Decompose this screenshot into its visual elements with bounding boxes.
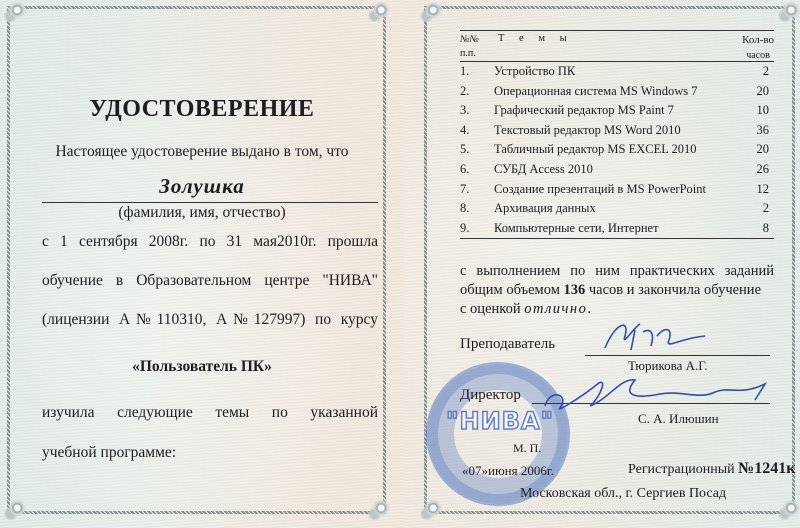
row-hours: 36	[757, 121, 770, 141]
row-number: 2.	[460, 82, 469, 102]
row-number: 5.	[460, 140, 469, 160]
grade-value: отлично	[524, 301, 587, 317]
registration-number: Регистрационный №1241к	[628, 460, 795, 478]
table-bottom-rule	[460, 238, 774, 239]
header-hours-label: Кол-во	[742, 33, 774, 48]
stamp-text: "НИВА"	[446, 407, 546, 435]
header-hours: Кол-во часов	[742, 33, 774, 63]
header-num-sub: п.п.	[460, 47, 479, 61]
row-hours: 10	[757, 101, 770, 121]
row-theme: Устройство ПК	[494, 62, 575, 82]
row-theme: Архивация данных	[494, 199, 596, 219]
table-row: 7.Создание презентаций в MS PowerPoint12	[460, 180, 774, 200]
row-theme: Компьютерные сети, Интернет	[494, 219, 659, 239]
total-hours: 136	[564, 282, 586, 298]
studied-text-2: учебной программе:	[42, 444, 378, 462]
name-underline	[42, 202, 378, 203]
teacher-label: Преподаватель	[460, 336, 555, 353]
topics-table: №№ п.п. Т е м ы Кол-во часов 1.Устройств…	[460, 30, 774, 239]
city-text: Московская обл., г. Сергиев Посад	[520, 486, 726, 502]
corner-ornament-icon	[420, 2, 442, 22]
header-num: №№ п.п.	[460, 33, 479, 61]
summary-line-2: общим объемом 136 часов и закончила обуч…	[460, 282, 774, 299]
certificate-title: УДОСТОВЕРЕНИЕ	[0, 96, 404, 123]
table-row: 9.Компьютерные сети, Интернет8	[460, 219, 774, 239]
corner-ornament-icon	[778, 2, 800, 22]
table-body: 1.Устройство ПК22.Операционная система M…	[460, 62, 774, 238]
corner-ornament-icon	[368, 500, 390, 520]
registration-value: №1241к	[738, 460, 795, 477]
corner-ornament-icon	[420, 500, 442, 520]
table-row: 4.Текстовый редактор MS Word 201036	[460, 121, 774, 141]
header-num-label: №№	[460, 33, 479, 47]
table-row: 3.Графический редактор MS Paint 710	[460, 101, 774, 121]
summary-suffix: часов и закончила обучение	[585, 282, 761, 298]
row-number: 8.	[460, 199, 469, 219]
row-hours: 8	[763, 219, 769, 239]
row-number: 3.	[460, 101, 469, 121]
issue-date: «07»июня 2006г.	[462, 463, 554, 479]
header-theme: Т е м ы	[498, 33, 573, 44]
director-label: Директор	[460, 387, 521, 404]
row-theme: Текстовый редактор MS Word 2010	[494, 121, 681, 141]
director-name: С. А. Илюшин	[638, 411, 719, 427]
row-hours: 26	[757, 160, 770, 180]
row-hours: 2	[763, 62, 769, 82]
seal-label: М. П.	[513, 441, 541, 456]
recipient-name: Золушка	[0, 174, 404, 199]
table-row: 8.Архивация данных2	[460, 199, 774, 219]
corner-ornament-icon	[368, 2, 390, 22]
name-caption: (фамилия, имя, отчество)	[0, 204, 404, 222]
decorative-border	[7, 6, 386, 514]
row-number: 7.	[460, 180, 469, 200]
license-text: (лицензии А№110310, А№127997) по курсу	[42, 311, 378, 329]
summary-prefix: общим объемом	[460, 282, 564, 298]
row-number: 6.	[460, 160, 469, 180]
studied-text-1: изучила следующие темы по указанной	[42, 404, 378, 422]
row-number: 4.	[460, 121, 469, 141]
row-hours: 20	[757, 140, 770, 160]
row-number: 1.	[460, 62, 469, 82]
row-theme: Создание презентаций в MS PowerPoint	[494, 180, 706, 200]
table-row: 6.СУБД Access 201026	[460, 160, 774, 180]
institution-text: обучение в Образовательном центре "НИВА"	[42, 272, 378, 290]
intro-text: Настоящее удостоверение выдано в том, чт…	[0, 143, 404, 161]
table-row: 2.Операционная система MS Windows 720	[460, 82, 774, 102]
period-text: с 1 сентября 2008г. по 31 мая2010г. прош…	[42, 233, 378, 251]
grade-suffix: .	[587, 301, 591, 317]
summary-line-1: с выполнением по ним практических задани…	[460, 263, 774, 280]
row-hours: 20	[757, 82, 770, 102]
row-hours: 12	[757, 180, 770, 200]
table-row: 1.Устройство ПК2	[460, 62, 774, 82]
row-theme: СУБД Access 2010	[494, 160, 593, 180]
summary-line-3: с оценкой отлично.	[460, 301, 774, 318]
row-hours: 2	[763, 199, 769, 219]
corner-ornament-icon	[778, 500, 800, 520]
registration-label: Регистрационный	[628, 462, 738, 477]
teacher-signature-icon	[595, 318, 715, 358]
grade-prefix: с оценкой	[460, 301, 524, 317]
corner-ornament-icon	[4, 500, 26, 520]
row-theme: Табличный редактор MS EXCEL 2010	[494, 140, 697, 160]
row-theme: Операционная система MS Windows 7	[494, 82, 698, 102]
table-header: №№ п.п. Т е м ы Кол-во часов	[460, 31, 774, 61]
row-number: 9.	[460, 219, 469, 239]
header-hours-sub: часов	[742, 48, 774, 63]
corner-ornament-icon	[4, 2, 26, 22]
course-name: «Пользователь ПК»	[0, 358, 404, 376]
row-theme: Графический редактор MS Paint 7	[494, 101, 674, 121]
table-row: 5.Табличный редактор MS EXCEL 201020	[460, 140, 774, 160]
